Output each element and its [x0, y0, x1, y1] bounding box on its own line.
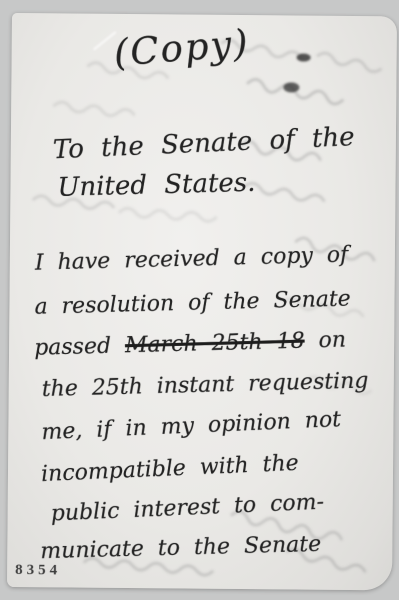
ink-smudge: [283, 82, 299, 92]
letter-page: (Copy) To the Senate of the United State…: [7, 13, 397, 590]
copy-annotation: (Copy): [112, 21, 251, 75]
body-line-1: I have received a copy of: [35, 242, 349, 275]
body-line-8: municate to the Senate: [40, 532, 321, 564]
body-line-2: a resolution of the Senate: [34, 286, 351, 319]
body-line-3-post: on: [318, 327, 346, 353]
salutation-line-1: To the Senate of the: [52, 122, 355, 165]
scanned-document-image: (Copy) To the Senate of the United State…: [0, 0, 399, 600]
body-line-5: me, if in my opinion not: [41, 407, 342, 445]
body-line-7: public interest to com-: [50, 490, 324, 527]
body-line-6: incompatible with the: [41, 451, 300, 487]
body-line-4: the 25th instant requesting: [41, 368, 368, 402]
body-line-3: passed March 25th 18 on: [34, 327, 347, 360]
body-line-3-pre: passed: [34, 334, 112, 361]
salutation-line-2: United States.: [57, 168, 256, 203]
strikethrough-text: March 25th 18: [125, 329, 305, 359]
archive-stamp-number: 8354: [15, 562, 61, 579]
ink-smudge: [297, 53, 311, 61]
